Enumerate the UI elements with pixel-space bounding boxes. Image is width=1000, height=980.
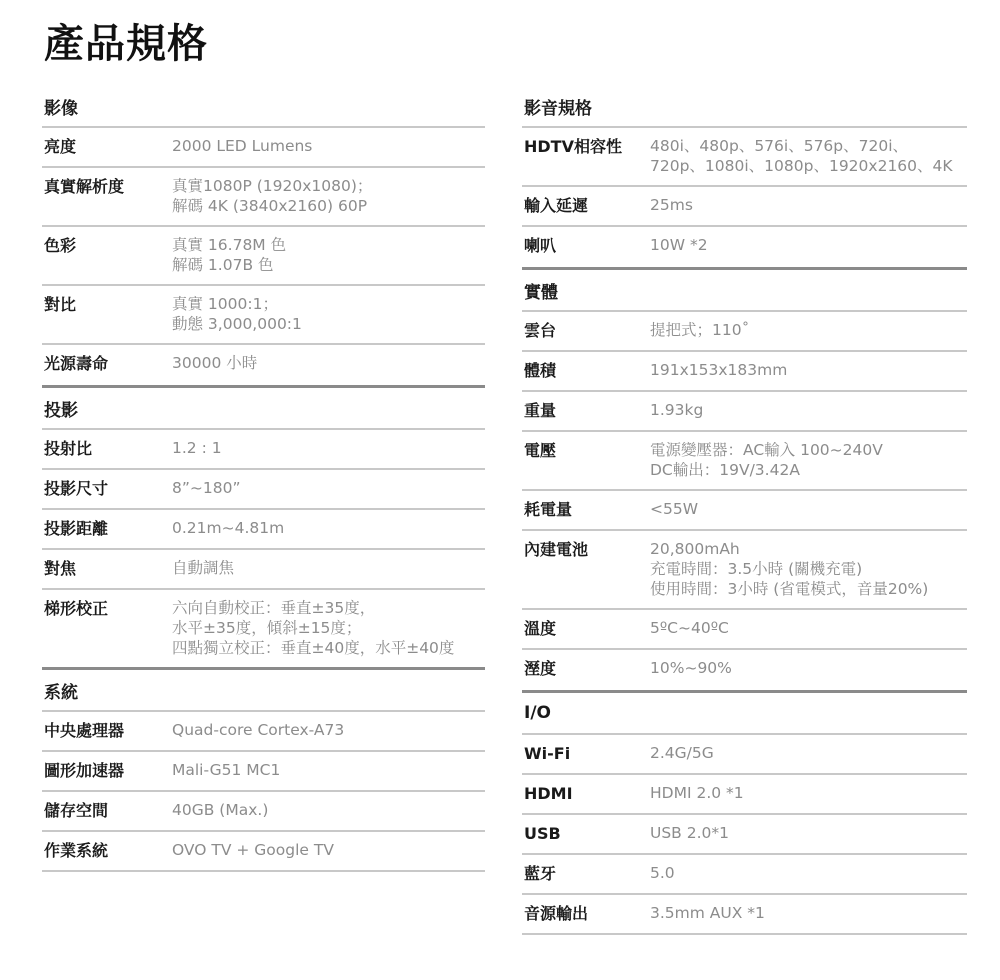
spec-label: 喇叭 — [522, 235, 650, 258]
spec-label: USB — [522, 823, 650, 844]
spec-value: 六向自動校正：垂直±35度， 水平±35度，傾斜±15度； 四點獨立校正：垂直±… — [172, 598, 485, 658]
spec-label: 投影距離 — [42, 518, 172, 539]
spec-label: 光源壽命 — [42, 353, 172, 376]
spec-row-hdmi: HDMI HDMI 2.0 *1 — [522, 775, 967, 815]
spec-label: 真實解析度 — [42, 176, 172, 216]
spec-row-audio-out: 音源輸出 3.5mm AUX *1 — [522, 895, 967, 935]
spec-row-cpu: 中央處理器 Quad-core Cortex-A73 — [42, 712, 485, 752]
spec-value: 電源變壓器：AC輸入 100~240V DC輸出：19V/3.42A — [650, 440, 967, 480]
spec-value: 25ms — [650, 195, 967, 216]
spec-label: 輸入延遲 — [522, 195, 650, 216]
spec-label: 體積 — [522, 360, 650, 381]
spec-row-usb: USB USB 2.0*1 — [522, 815, 967, 855]
spec-row-stand: 雲台 提把式；110˚ — [522, 312, 967, 352]
section-projection: 投影 投射比 1.2 : 1 投影尺寸 8”~180” 投影距離 0.21m~4… — [42, 388, 485, 670]
spec-value: 3.5mm AUX *1 — [650, 903, 967, 924]
section-io: I/O Wi-Fi 2.4G/5G HDMI HDMI 2.0 *1 USB U… — [522, 693, 967, 935]
spec-row-lamp-life: 光源壽命 30000 小時 — [42, 345, 485, 385]
spec-label: 電壓 — [522, 440, 650, 480]
section-system: 系統 中央處理器 Quad-core Cortex-A73 圖形加速器 Mali… — [42, 670, 485, 872]
spec-row-weight: 重量 1.93kg — [522, 392, 967, 432]
spec-value: 20,800mAh 充電時間：3.5小時 (關機充電) 使用時間：3小時 (省電… — [650, 539, 967, 599]
spec-value: 2.4G/5G — [650, 743, 967, 764]
spec-row-temperature: 溫度 5ºC~40ºC — [522, 610, 967, 650]
spec-value: 10W *2 — [650, 235, 967, 258]
section-title: 系統 — [42, 670, 485, 712]
section-title: 實體 — [522, 270, 967, 312]
spec-value: 1.93kg — [650, 400, 967, 421]
spec-label: 色彩 — [42, 235, 172, 275]
section-title: I/O — [522, 693, 967, 735]
spec-label: 圖形加速器 — [42, 760, 172, 781]
spec-value: 10%~90% — [650, 658, 967, 681]
spec-row-brightness: 亮度 2000 LED Lumens — [42, 128, 485, 168]
spec-value: OVO TV + Google TV — [172, 840, 485, 861]
spec-value: 1.2 : 1 — [172, 438, 485, 459]
spec-label: 對比 — [42, 294, 172, 334]
spec-value: Mali-G51 MC1 — [172, 760, 485, 781]
spec-row-wifi: Wi-Fi 2.4G/5G — [522, 735, 967, 775]
spec-label: 藍牙 — [522, 863, 650, 884]
spec-label: 儲存空間 — [42, 800, 172, 821]
section-title: 影音規格 — [522, 86, 967, 128]
spec-row-keystone: 梯形校正 六向自動校正：垂直±35度， 水平±35度，傾斜±15度； 四點獨立校… — [42, 590, 485, 667]
spec-label: 對焦 — [42, 558, 172, 579]
spec-row-contrast: 對比 真實 1000:1； 動態 3,000,000:1 — [42, 286, 485, 345]
spec-value: 5ºC~40ºC — [650, 618, 967, 639]
spec-label: 梯形校正 — [42, 598, 172, 658]
spec-column-left: 影像 亮度 2000 LED Lumens 真實解析度 真實1080P (192… — [42, 86, 485, 872]
spec-row-power: 耗電量 <55W — [522, 491, 967, 531]
spec-row-storage: 儲存空間 40GB (Max.) — [42, 792, 485, 832]
spec-row-humidity: 溼度 10%~90% — [522, 650, 967, 690]
spec-row-focus: 對焦 自動調焦 — [42, 550, 485, 590]
spec-row-input-lag: 輸入延遲 25ms — [522, 187, 967, 227]
page-title: 產品規格 — [44, 18, 208, 70]
spec-label: HDMI — [522, 783, 650, 804]
spec-label: Wi-Fi — [522, 743, 650, 764]
spec-label: 耗電量 — [522, 499, 650, 520]
spec-row-bluetooth: 藍牙 5.0 — [522, 855, 967, 895]
spec-value: HDMI 2.0 *1 — [650, 783, 967, 804]
spec-column-right: 影音規格 HDTV相容性 480i、480p、576i、576p、720i、 7… — [522, 86, 967, 935]
spec-value: 真實 16.78M 色 解碼 1.07B 色 — [172, 235, 485, 275]
spec-value: 真實 1000:1； 動態 3,000,000:1 — [172, 294, 485, 334]
spec-label: 投射比 — [42, 438, 172, 459]
spec-label: 中央處理器 — [42, 720, 172, 741]
spec-value: 真實1080P (1920x1080)； 解碼 4K (3840x2160) 6… — [172, 176, 485, 216]
spec-label: 作業系統 — [42, 840, 172, 861]
spec-value: 0.21m~4.81m — [172, 518, 485, 539]
spec-value: 自動調焦 — [172, 558, 485, 579]
spec-row-throw-ratio: 投射比 1.2 : 1 — [42, 430, 485, 470]
spec-value: Quad-core Cortex-A73 — [172, 720, 485, 741]
spec-value: 40GB (Max.) — [172, 800, 485, 821]
spec-row-resolution: 真實解析度 真實1080P (1920x1080)； 解碼 4K (3840x2… — [42, 168, 485, 227]
spec-value: 2000 LED Lumens — [172, 136, 485, 157]
section-physical: 實體 雲台 提把式；110˚ 體積 191x153x183mm 重量 1.93k… — [522, 270, 967, 693]
spec-label: 音源輸出 — [522, 903, 650, 924]
spec-row-os: 作業系統 OVO TV + Google TV — [42, 832, 485, 872]
spec-value: 8”~180” — [172, 478, 485, 499]
section-title: 投影 — [42, 388, 485, 430]
spec-label: 投影尺寸 — [42, 478, 172, 499]
spec-value: 30000 小時 — [172, 353, 485, 376]
spec-label: 溼度 — [522, 658, 650, 681]
spec-value: 191x153x183mm — [650, 360, 967, 381]
spec-label: 亮度 — [42, 136, 172, 157]
spec-row-voltage: 電壓 電源變壓器：AC輸入 100~240V DC輸出：19V/3.42A — [522, 432, 967, 491]
spec-label: 雲台 — [522, 320, 650, 341]
spec-value: <55W — [650, 499, 967, 520]
spec-row-projection-distance: 投影距離 0.21m~4.81m — [42, 510, 485, 550]
section-title: 影像 — [42, 86, 485, 128]
section-image: 影像 亮度 2000 LED Lumens 真實解析度 真實1080P (192… — [42, 86, 485, 388]
spec-row-dimensions: 體積 191x153x183mm — [522, 352, 967, 392]
spec-row-projection-size: 投影尺寸 8”~180” — [42, 470, 485, 510]
section-av: 影音規格 HDTV相容性 480i、480p、576i、576p、720i、 7… — [522, 86, 967, 270]
spec-value: USB 2.0*1 — [650, 823, 967, 844]
spec-row-hdtv: HDTV相容性 480i、480p、576i、576p、720i、 720p、1… — [522, 128, 967, 187]
spec-label: 溫度 — [522, 618, 650, 639]
spec-label: HDTV相容性 — [522, 136, 650, 176]
spec-row-color: 色彩 真實 16.78M 色 解碼 1.07B 色 — [42, 227, 485, 286]
spec-row-gpu: 圖形加速器 Mali-G51 MC1 — [42, 752, 485, 792]
spec-label: 重量 — [522, 400, 650, 421]
spec-row-battery: 內建電池 20,800mAh 充電時間：3.5小時 (關機充電) 使用時間：3小… — [522, 531, 967, 610]
spec-row-speaker: 喇叭 10W *2 — [522, 227, 967, 267]
spec-value: 提把式；110˚ — [650, 320, 967, 341]
spec-label: 內建電池 — [522, 539, 650, 599]
spec-value: 5.0 — [650, 863, 967, 884]
spec-value: 480i、480p、576i、576p、720i、 720p、1080i、108… — [650, 136, 967, 176]
